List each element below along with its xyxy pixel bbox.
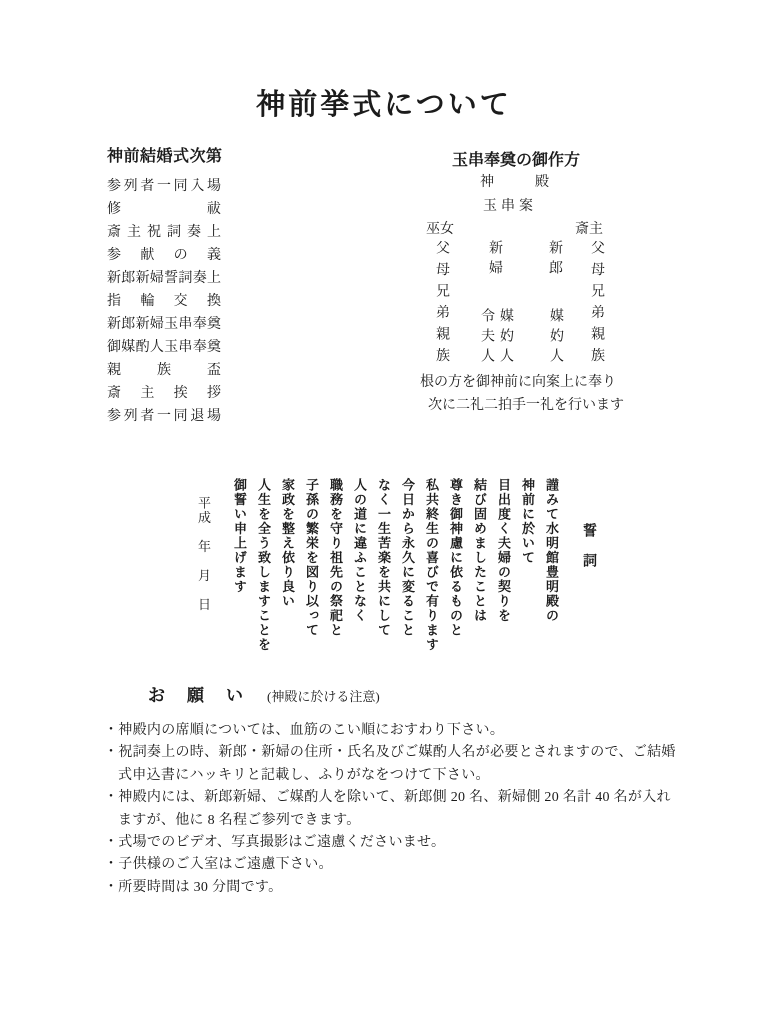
oath-line: 子孫の繁栄を図り以って [299,478,323,668]
matchmaker-wife-column: 令夫人 [476,308,496,368]
ceremony-item: 参列者一同退場 [107,405,221,428]
ceremony-item: 新郎新婦玉串奉奠 [107,313,221,336]
shrine-label-kami: 神 [480,171,494,191]
saishu-label: 斎主 [575,218,603,238]
notice-header: お願い (神殿に於ける注意) [148,681,380,706]
matchmaker-column-right: 媒妁人 [545,308,565,368]
oath-line: 人生を全う致しますことを [251,478,275,668]
page-title: 神前挙式について [0,82,768,123]
ceremony-item: 新郎新婦誓詞奏上 [107,267,221,290]
oath-line: 謹みて水明館豊明殿の [539,478,563,668]
oath-header: 誓詞 [576,478,600,668]
notice-title: お願い [148,681,265,706]
ceremony-item: 参献の義 [107,244,221,267]
notice-line-continuation: 式申込書にハッキリと記載し、ふりがなをつけて下さい。 [104,765,704,787]
groom-label: 新郎 [544,240,564,280]
ceremony-order-section: 神前結婚式次第 参列者一同入場 修祓 斎主祝詞奏上 参献の義 新郎新婦誓詞奏上 … [107,145,223,428]
oath-line: 今日から永久に変ること [395,478,419,668]
shrine-label-den: 殿 [535,171,549,191]
ceremony-item: 親族盃 [107,359,221,382]
document-page: 神前挙式について 神前結婚式次第 参列者一同入場 修祓 斎主祝詞奏上 参献の義 … [0,0,768,1024]
bride-label: 新婦 [484,240,504,280]
ceremony-item: 御媒酌人玉串奉奠 [107,336,221,359]
notice-section: ・神殿内の席順については、血筋のこい順におすわり下さい。 ・祝詞奏上の時、新郎・… [104,720,704,899]
notice-line: ・子供様のご入室はご遠慮下さい。 [104,854,704,876]
notice-line-continuation: ますが、他に 8 名程ご参列できます。 [104,810,704,832]
seating-diagram: 玉串奉奠の御作方 神 殿 玉串案 巫女 斎主 父母兄弟親族 新婦 新郎 父母兄弟… [400,147,650,427]
oath-line: 結び固めましたことは [467,478,491,668]
matchmaker-column-left: 媒妁人 [495,308,515,368]
diagram-note-line2: 次に二礼二拍手一礼を行います [428,394,624,414]
tamagushi-table-label: 玉串案 [483,195,537,215]
ceremony-item: 修祓 [107,198,221,221]
oath-line: 家政を整え依り良い [275,478,299,668]
oath-date-line: 平成 年 月 日 [191,478,215,668]
oath-line: 人の道に違ふことなく [347,478,371,668]
notice-line: ・神殿内には、新郎新婦、ご媒酌人を除いて、新郎側 20 名、新婦側 20 名計 … [104,787,704,809]
ceremony-item: 斎主挨拶 [107,382,221,405]
oath-line: 私共終生の喜びで有ります [419,478,443,668]
ceremony-item: 斎主祝詞奏上 [107,221,221,244]
ceremony-item: 指輪交換 [107,290,221,313]
oath-line: なく一生苦楽を共にして [371,478,395,668]
notice-line: ・式場でのビデオ、写真撮影はご遠慮くださいませ。 [104,832,704,854]
notice-title-note: (神殿に於ける注意) [267,686,380,705]
diagram-note-line1: 根の方を御神前に向案上に奉り [420,371,616,391]
seating-diagram-header: 玉串奉奠の御作方 [452,147,580,170]
oath-line: 職務を守り祖先の祭祀と [323,478,347,668]
notice-line: ・所要時間は 30 分間です。 [104,877,704,899]
notice-line: ・神殿内の席順については、血筋のこい順におすわり下さい。 [104,720,704,742]
bride-family-column: 父母兄弟親族 [431,240,451,369]
oath-line: 御誓い申上げます [227,478,251,668]
oath-section: 誓詞 謹みて水明館豊明殿の 神前に於いて 目出度く夫婦の契りを 結び固めましたこ… [160,478,600,668]
groom-family-column: 父母兄弟親族 [586,240,606,369]
oath-line: 神前に於いて [515,478,539,668]
notice-line: ・祝詞奏上の時、新郎・新婦の住所・氏名及びご媒酌人名が必要とされますので、ご結婚 [104,742,704,764]
oath-line: 目出度く夫婦の契りを [491,478,515,668]
oath-line: 尊き御神慮に依るものと [443,478,467,668]
ceremony-order-header: 神前結婚式次第 [107,145,223,169]
ceremony-item: 参列者一同入場 [107,175,221,198]
miko-label: 巫女 [426,218,454,238]
